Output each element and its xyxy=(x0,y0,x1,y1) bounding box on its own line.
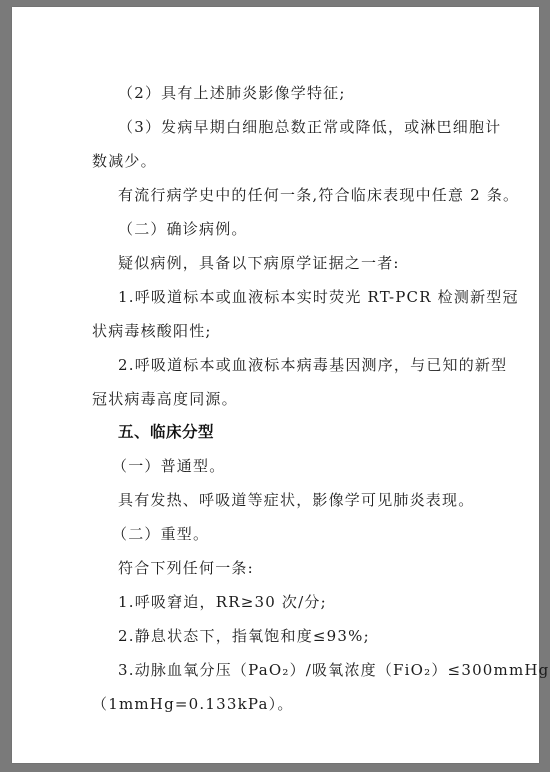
ordinary-type-description: 具有发热、呼吸道等症状，影像学可见肺炎表现。 xyxy=(118,490,474,510)
suspected-summary: 有流行病学史中的任何一条,符合临床表现中任意 2 条。 xyxy=(118,185,519,205)
criteria-item-3-cont: 数减少。 xyxy=(92,151,157,171)
severe-intro: 符合下列任何一条: xyxy=(118,558,254,578)
document-page: （2）具有上述肺炎影像学特征; （3）发病早期白细胞总数正常或降低，或淋巴细胞计… xyxy=(12,7,539,763)
section-confirmed-cases: （二）确诊病例。 xyxy=(118,219,248,239)
confirmed-item-2: 2.呼吸道标本或血液标本病毒基因测序，与已知的新型 xyxy=(118,355,507,375)
confirmed-item-2-cont: 冠状病毒高度同源。 xyxy=(92,389,238,409)
severe-item-1: 1.呼吸窘迫，RR≥30 次/分; xyxy=(118,592,327,612)
confirmed-item-1: 1.呼吸道标本或血液标本实时荧光 RT-PCR 检测新型冠 xyxy=(118,287,519,307)
subsection-ordinary-type: （一）普通型。 xyxy=(112,456,225,476)
severe-item-3: 3.动脉血氧分压（PaO₂）/吸氧浓度（FiO₂）≤300mmHg xyxy=(118,660,549,680)
criteria-item-2: （2）具有上述肺炎影像学特征; xyxy=(118,83,346,103)
severe-item-2: 2.静息状态下，指氧饱和度≤93%; xyxy=(118,626,370,646)
severe-item-3-cont: （1mmHg=0.133kPa）。 xyxy=(92,694,294,714)
subsection-severe-type: （二）重型。 xyxy=(112,524,209,544)
confirmed-intro: 疑似病例，具备以下病原学证据之一者: xyxy=(118,253,400,273)
criteria-item-3: （3）发病早期白细胞总数正常或降低，或淋巴细胞计 xyxy=(118,117,501,137)
section-heading-clinical-classification: 五、临床分型 xyxy=(118,422,214,442)
confirmed-item-1-cont: 状病毒核酸阳性; xyxy=(92,321,212,341)
